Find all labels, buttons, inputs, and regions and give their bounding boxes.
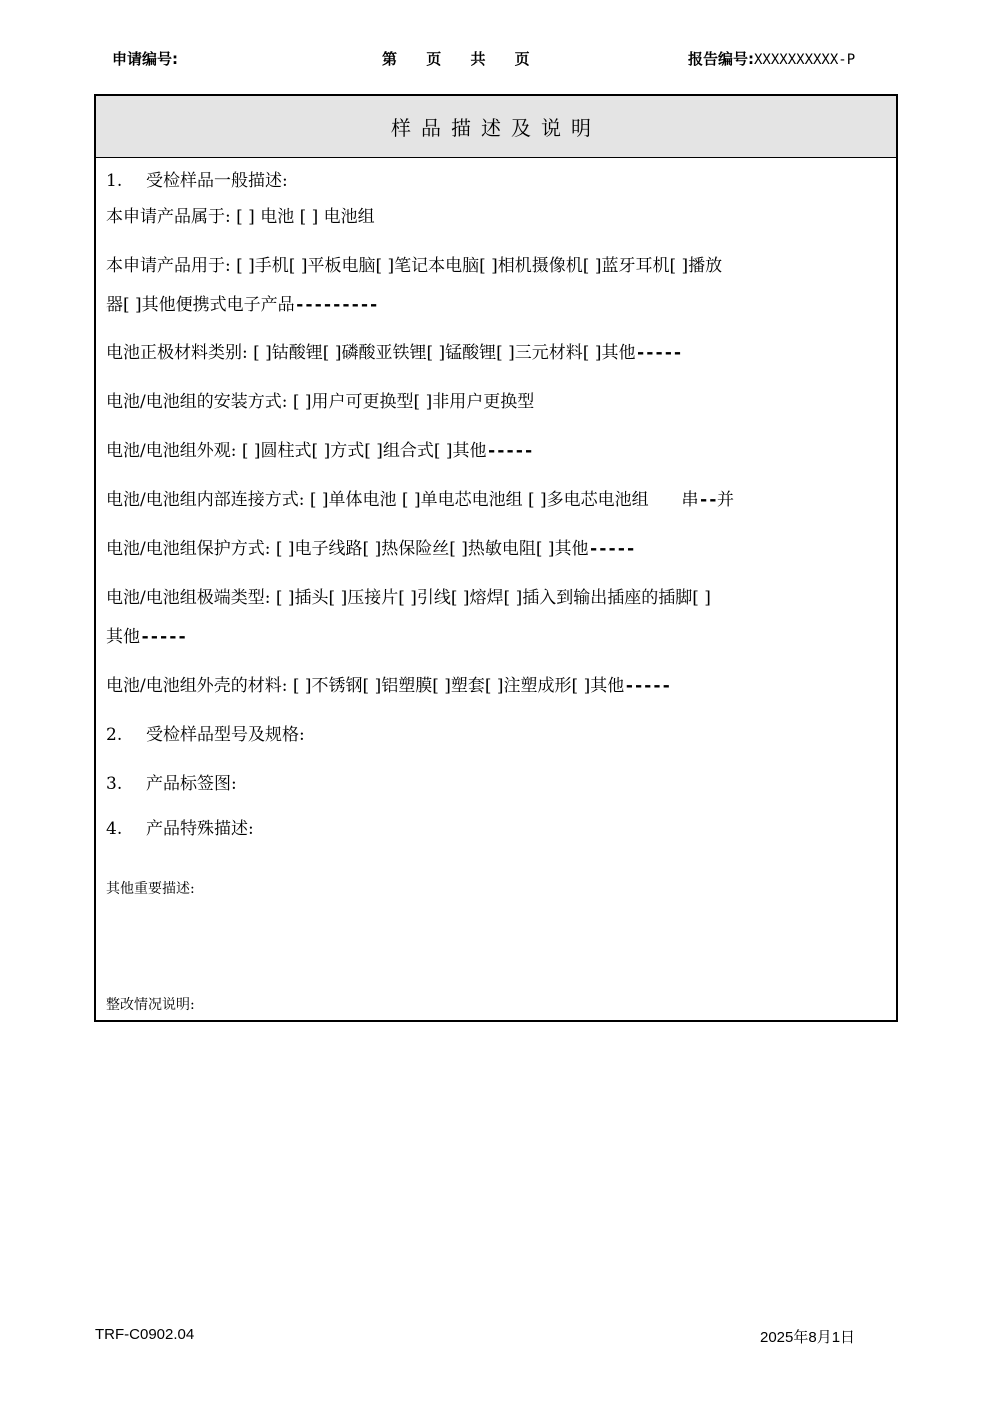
product-type-line: 本申请产品属于: [ ] 电池 [ ] 电池组 xyxy=(106,202,375,227)
rectification-label: 整改情况说明: xyxy=(106,994,195,1014)
section-3-heading: 3.产品标签图: xyxy=(106,769,237,794)
footer-date: 2025年8月1日 xyxy=(760,1326,855,1347)
section-1-heading: 1.受检样品一般描述: xyxy=(106,166,288,191)
cathode-blank[interactable]: ----- xyxy=(635,343,681,363)
section-2-heading: 2.受检样品型号及规格: xyxy=(106,720,305,745)
page-header: 申请编号: 第 页 共 页 报告编号:XXXXXXXXXX-P xyxy=(0,48,992,72)
section-4-heading: 4.产品特殊描述: xyxy=(106,814,254,839)
report-no-value: XXXXXXXXXX-P xyxy=(754,52,855,68)
usage-line-2: 器[ ]其他便携式电子产品--------- xyxy=(106,290,378,315)
other-description-label: 其他重要描述: xyxy=(106,878,195,898)
application-no-label: 申请编号: xyxy=(112,48,178,69)
usage-line-1: 本申请产品用于: [ ]手机[ ]平板电脑[ ]笔记本电脑[ ]相机摄像机[ ]… xyxy=(106,251,722,276)
usage-blank[interactable]: --------- xyxy=(295,295,378,315)
terminal-line-2: 其他----- xyxy=(106,622,186,647)
form-code: TRF-C0902.04 xyxy=(95,1326,194,1343)
report-no: 报告编号:XXXXXXXXXX-P xyxy=(688,48,855,69)
appearance-blank[interactable]: ----- xyxy=(487,441,533,461)
protection-blank[interactable]: ----- xyxy=(589,539,635,559)
sample-description-form: 样品描述及说明 1.受检样品一般描述: 本申请产品属于: [ ] 电池 [ ] … xyxy=(94,94,898,1022)
terminal-line-1: 电池/电池组极端类型: [ ]插头[ ]压接片[ ]引线[ ]熔焊[ ]插入到输… xyxy=(106,583,711,608)
casing-blank[interactable]: ----- xyxy=(624,676,670,696)
report-no-label: 报告编号: xyxy=(688,50,754,68)
connection-blank[interactable]: -- xyxy=(698,490,716,510)
protection-line: 电池/电池组保护方式: [ ]电子线路[ ]热保险丝[ ]热敏电阻[ ]其他--… xyxy=(106,534,635,559)
terminal-blank[interactable]: ----- xyxy=(140,627,186,647)
casing-line: 电池/电池组外壳的材料: [ ]不锈钢[ ]铝塑膜[ ]塑套[ ]注塑成形[ ]… xyxy=(106,671,670,696)
page-info: 第 页 共 页 xyxy=(382,48,542,69)
appearance-line: 电池/电池组外观: [ ]圆柱式[ ]方式[ ]组合式[ ]其他----- xyxy=(106,436,533,461)
installation-line: 电池/电池组的安装方式: [ ]用户可更换型[ ]非用户更换型 xyxy=(106,387,534,412)
form-title: 样品描述及说明 xyxy=(96,96,896,158)
cathode-line: 电池正极材料类别: [ ]钴酸锂[ ]磷酸亚铁锂[ ]锰酸锂[ ]三元材料[ ]… xyxy=(106,338,682,363)
connection-line: 电池/电池组内部连接方式: [ ]单体电池 [ ]单电芯电池组 [ ]多电芯电池… xyxy=(106,485,734,510)
